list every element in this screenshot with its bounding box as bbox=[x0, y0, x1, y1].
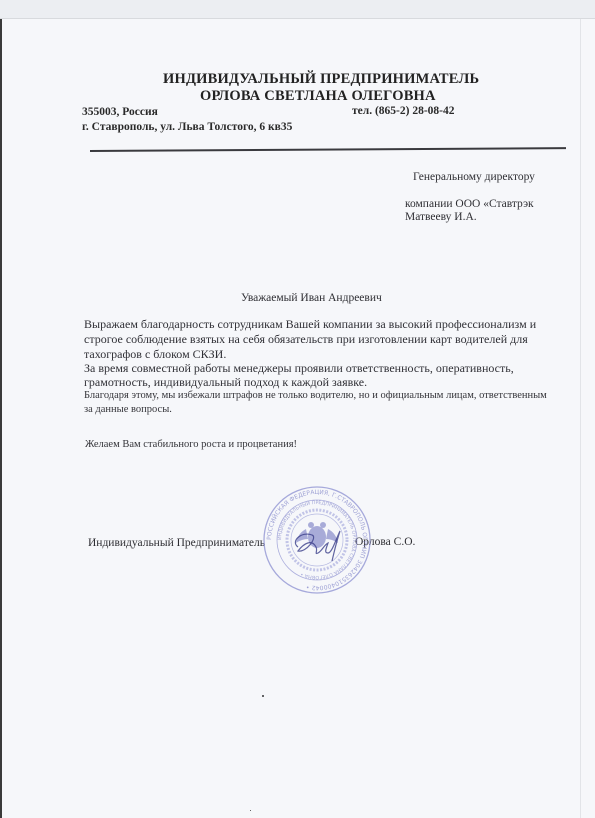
body-paragraph-3-line-2: за данные вопросы. bbox=[84, 403, 172, 417]
scan-speck bbox=[250, 810, 251, 811]
body-paragraph-1-line-3: тахографов с блоком СКЗИ. bbox=[84, 347, 226, 362]
closing-wish: Желаем Вам стабильного роста и процветан… bbox=[85, 438, 297, 452]
letterhead-title: ИНДИВИДУАЛЬНЫЙ ПРЕДПРИНИМАТЕЛЬ bbox=[163, 71, 479, 88]
letter-page bbox=[2, 19, 595, 818]
body-paragraph-3-line-1: Благодаря этому, мы избежали штрафов не … bbox=[84, 389, 547, 403]
scan-right-edge bbox=[580, 19, 581, 818]
body-paragraph-1-line-2: строгое соблюдение взятых на себя обязат… bbox=[84, 332, 528, 347]
greeting: Уважаемый Иван Андреевич bbox=[241, 292, 382, 304]
addressee-position: Генеральному директору bbox=[413, 171, 535, 183]
body-paragraph-2-line-2: грамотность, индивидуальный подход к каж… bbox=[84, 375, 367, 390]
seal-emblem-icon: РОССИЙСКАЯ ФЕДЕРАЦИЯ, Г.СТАВРОПОЛЬ ОГРНИ… bbox=[262, 485, 372, 595]
stamp-seal: РОССИЙСКАЯ ФЕДЕРАЦИЯ, Г.СТАВРОПОЛЬ ОГРНИ… bbox=[262, 485, 372, 595]
letterhead-phone: тел. (865-2) 28-08-42 bbox=[352, 105, 454, 117]
scan-top-edge bbox=[0, 0, 595, 19]
scan-speck bbox=[262, 695, 264, 697]
letterhead-name: ОРЛОВА СВЕТЛАНА ОЛЕГОВНА bbox=[200, 88, 436, 105]
body-paragraph-2-line-1: За время совместной работы менеджеры про… bbox=[84, 361, 514, 376]
body-paragraph-1-line-1: Выражаем благодарность сотрудникам Вашей… bbox=[84, 317, 536, 332]
addressee-name: Матвееву И.А. bbox=[405, 211, 477, 223]
signatory-title: Индивидуальный Предприниматель bbox=[88, 537, 265, 549]
addressee-company: компании ООО «Ставтрэк bbox=[405, 198, 534, 210]
letterhead-address: г. Ставрополь, ул. Льва Толстого, 6 кв35 bbox=[82, 121, 292, 133]
letterhead-postal: 355003, Россия bbox=[82, 106, 158, 118]
